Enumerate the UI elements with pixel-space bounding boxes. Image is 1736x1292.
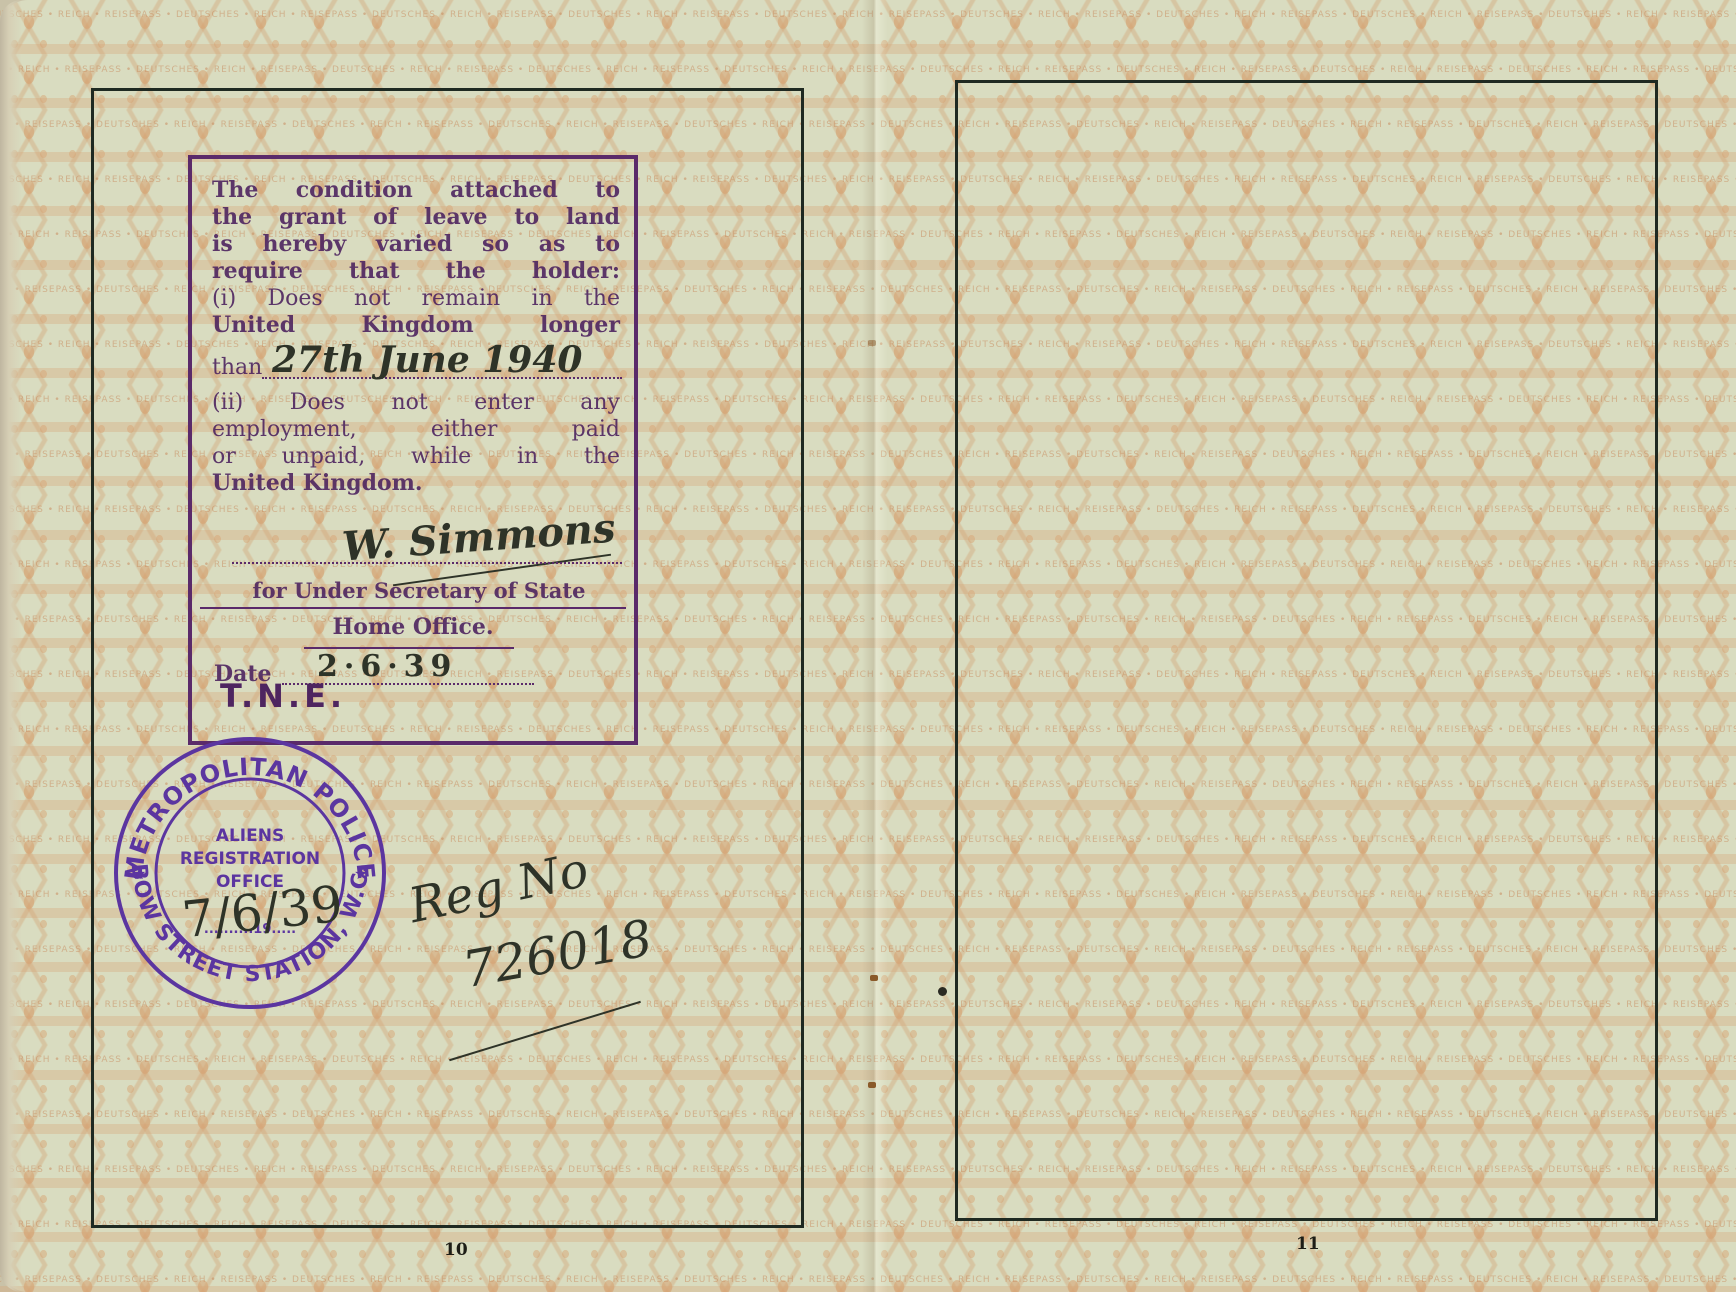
signatory-line: for Under Secretary of State	[204, 577, 634, 604]
handwritten-date-limit: 27th June 1940	[272, 339, 582, 381]
staple-hole	[870, 975, 878, 981]
page-number-left: 10	[444, 1240, 468, 1260]
home-office-stamp: The condition attached to the grant of l…	[188, 155, 638, 745]
stamp-text-line: (i) Does not remain in the	[212, 285, 620, 312]
stamp-center-line: REGISTRATION	[180, 849, 320, 869]
than-label: than	[212, 354, 262, 381]
page-number-right: 11	[1296, 1234, 1320, 1254]
stamp-text-line: or unpaid, while in the	[212, 443, 620, 470]
staple-hole	[868, 340, 876, 346]
staple-hole	[868, 1082, 876, 1088]
svg-text:★: ★	[354, 864, 368, 883]
passport-spread: DEUTSCHES • REICH • REISEPASS • DEUTSCHE…	[0, 0, 1736, 1292]
page-stack-edge	[0, 0, 22, 1292]
stamp-text-line: United Kingdom.	[212, 470, 620, 497]
stamp-text-line: The condition attached to	[212, 177, 620, 204]
stamp-center-line: ALIENS	[216, 826, 284, 846]
svg-text:★: ★	[132, 864, 146, 883]
office-label: Home Office.	[192, 614, 634, 641]
stamp-text-line: (ii) Does not enter any	[212, 389, 620, 416]
signature-dotted-line	[232, 562, 622, 564]
stamp-text-line: United Kingdom longer	[212, 312, 620, 339]
stamp-text-line: employment, either paid	[212, 416, 620, 443]
ink-dot	[938, 987, 947, 996]
stamp-text-line: the grant of leave to land	[212, 204, 620, 231]
metropolitan-police-stamp: METROPOLITAN POLICE BOW STREET STATION, …	[110, 733, 390, 1013]
spine-gutter	[862, 0, 888, 1292]
stamp-text-line: is hereby varied so as to	[212, 231, 620, 258]
stamp-text-line: require that the holder:	[212, 258, 620, 285]
right-page-frame	[955, 80, 1658, 1221]
rule	[200, 607, 626, 609]
stamp-code: T.N.E.	[220, 677, 346, 715]
